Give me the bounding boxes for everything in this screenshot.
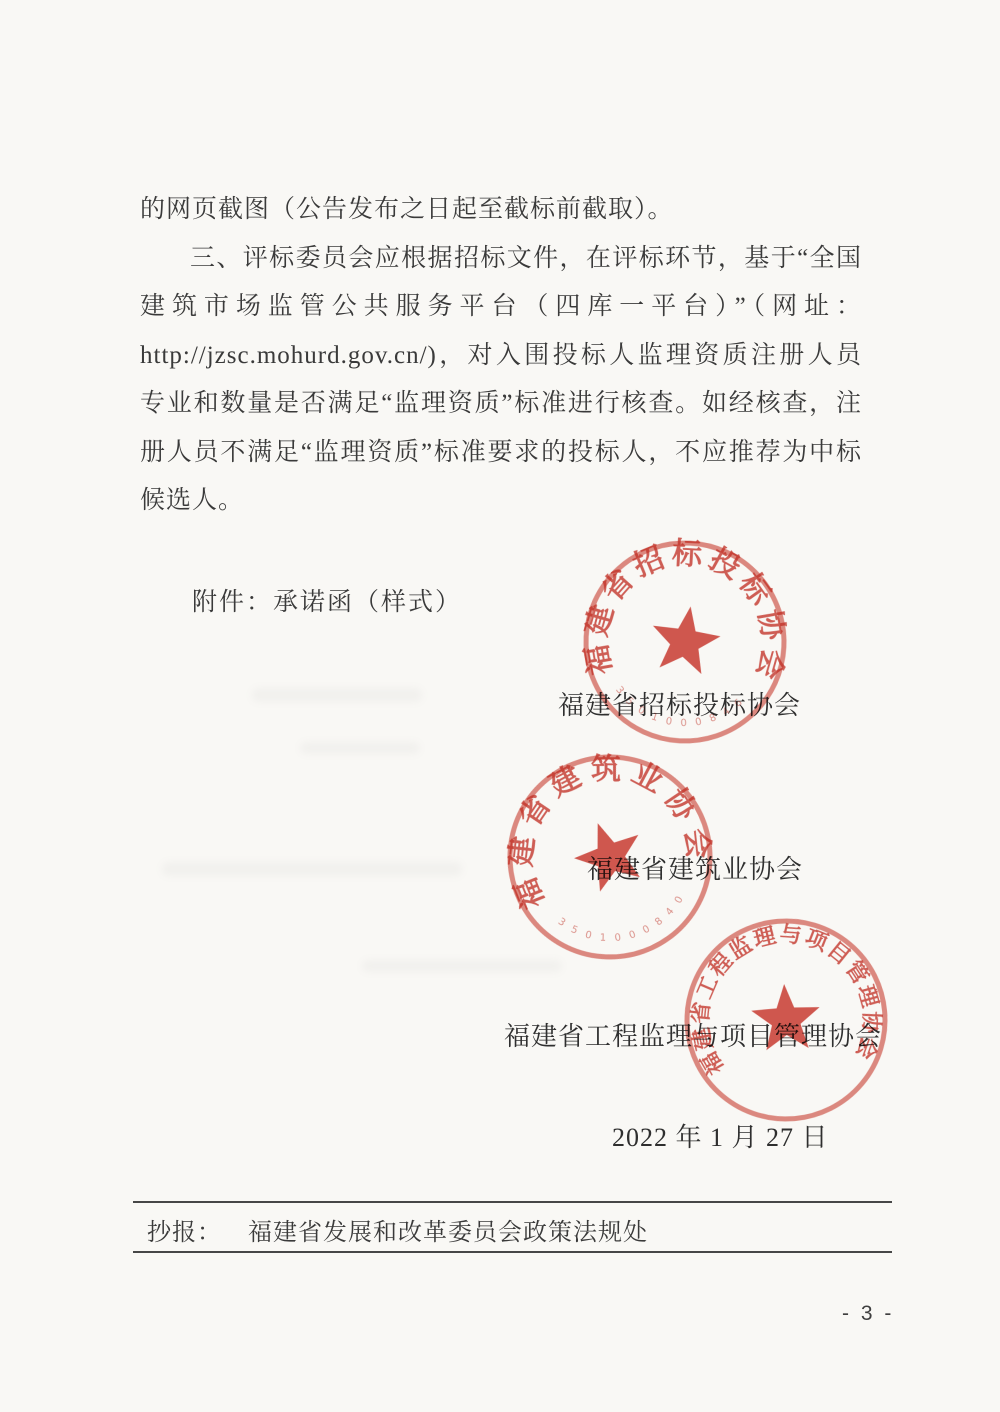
attachment-note: 附件：承诺函（样式） — [192, 582, 462, 618]
document-page: 的网页截图（公告发布之日起至截标前截取）。 三、评标委员会应根据招标文件，在评标… — [0, 0, 1000, 1412]
star-icon — [750, 982, 822, 1051]
body-line-3: 建筑市场监管公共服务平台（四库一平台）”（网址： — [140, 283, 862, 332]
footer-rule-bottom — [133, 1251, 892, 1253]
star-icon — [566, 811, 653, 896]
page-number: - 3 - — [842, 1302, 894, 1326]
body-line-1: 的网页截图（公告发布之日起至截标前截取）。 — [140, 186, 862, 235]
seal-arc-text: 福建省招标投标协会 — [578, 533, 796, 688]
body-line-2: 三、评标委员会应根据招标文件，在评标环节，基于“全国 — [140, 235, 862, 284]
star-icon — [647, 601, 725, 676]
footer-rule-top — [133, 1201, 892, 1203]
body-line-5: 专业和数量是否满足“监理资质”标准进行核查。如经核查，注 — [140, 380, 862, 429]
body-line-6: 册人员不满足“监理资质”标准要求的投标人，不应推荐为中标 — [140, 429, 862, 478]
official-seal-stamp-1: 福建省招标投标协会 3501000846 — [569, 526, 800, 757]
scan-artifact — [162, 862, 462, 876]
cc-line: 抄报：福建省发展和改革委员会政策法规处 — [147, 1212, 648, 1247]
body-paragraphs: 的网页截图（公告发布之日起至截标前截取）。 三、评标委员会应根据招标文件，在评标… — [140, 186, 862, 526]
official-seal-stamp-3: 福建省工程监理与项目管理协会 — [667, 901, 905, 1139]
cc-value: 福建省发展和改革委员会政策法规处 — [248, 1220, 648, 1246]
scan-artifact — [252, 688, 422, 702]
body-line-7: 候选人。 — [140, 477, 862, 526]
scan-artifact — [300, 742, 420, 754]
body-line-4: http://jzsc.mohurd.gov.cn/)，对入围投标人监理资质注册… — [140, 332, 862, 381]
cc-label: 抄报： — [147, 1220, 222, 1246]
